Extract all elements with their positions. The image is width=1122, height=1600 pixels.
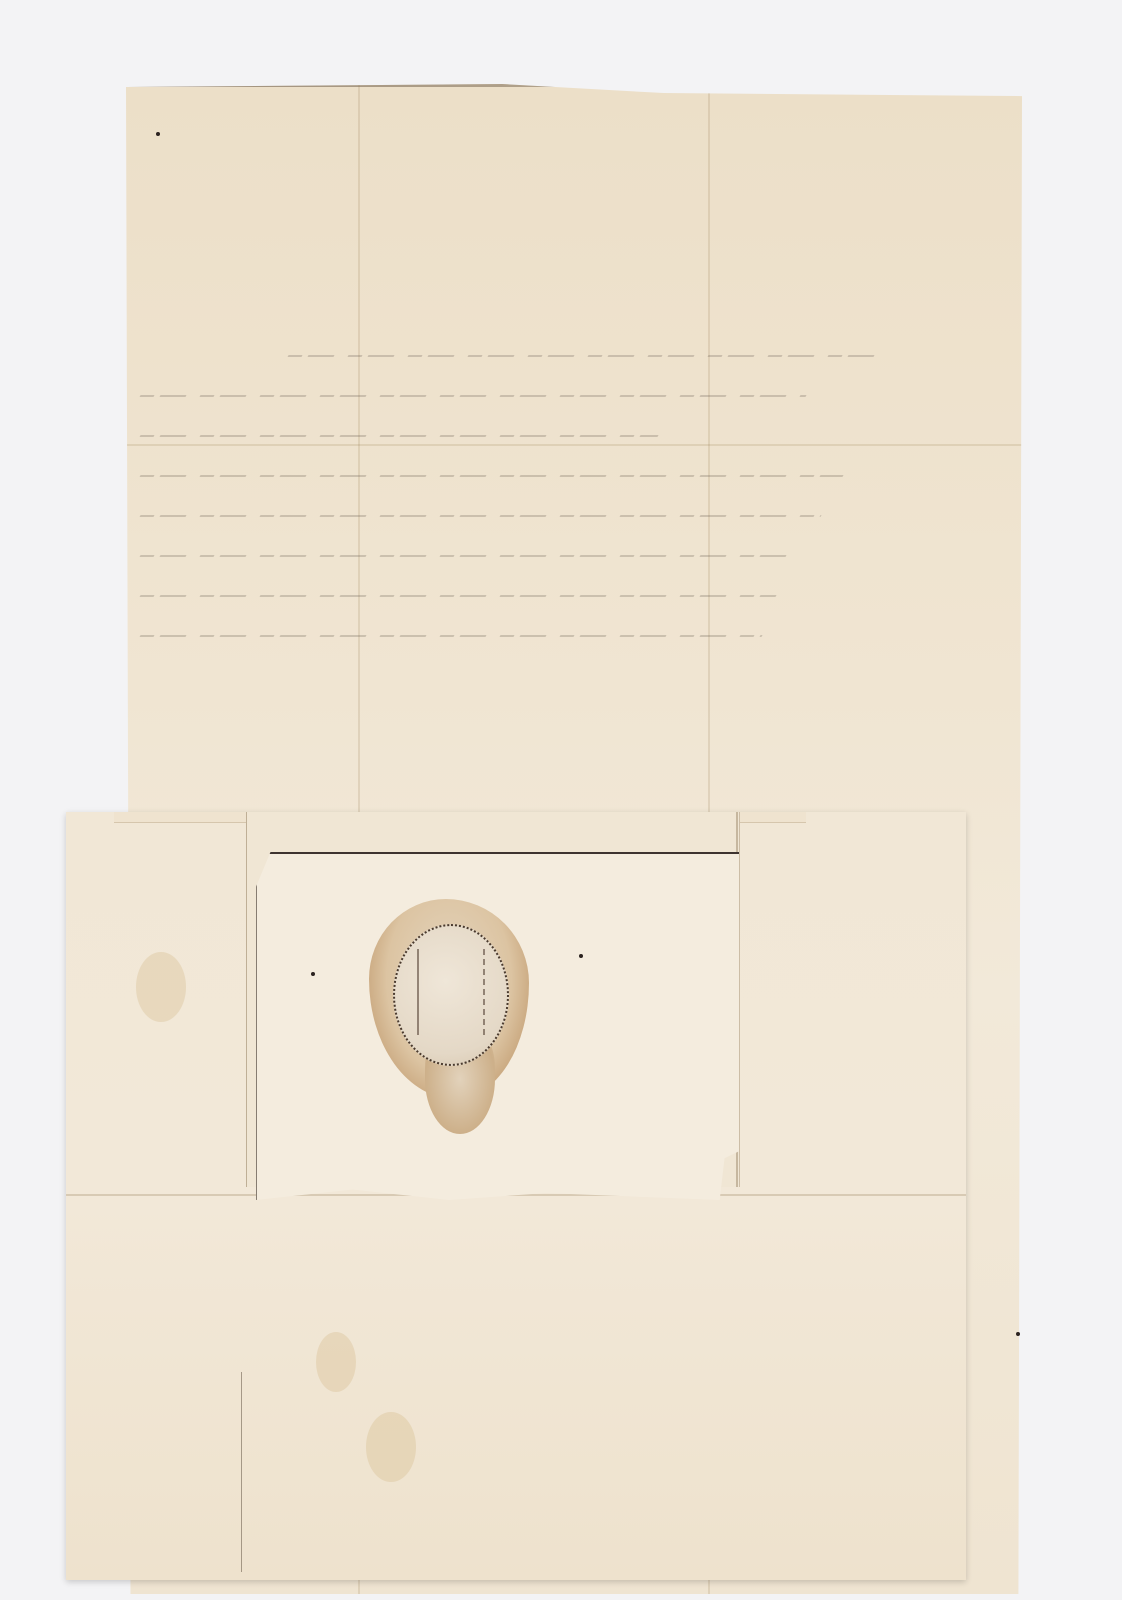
seal-cover-paper [256,852,739,1200]
paper-crack [241,1372,242,1572]
ink-speck [1016,1332,1020,1336]
coat-of-arms-icon [417,949,485,1035]
bleed-through-handwriting [140,355,880,695]
foxing-spot [366,1412,416,1482]
ink-speck [156,132,160,136]
foxing-spot [136,952,186,1022]
sheet-top-edge [126,84,1022,87]
ink-speck [311,972,315,976]
ink-speck [579,954,583,958]
foxing-spot [316,1332,356,1392]
folded-letter-packet [66,812,966,1580]
